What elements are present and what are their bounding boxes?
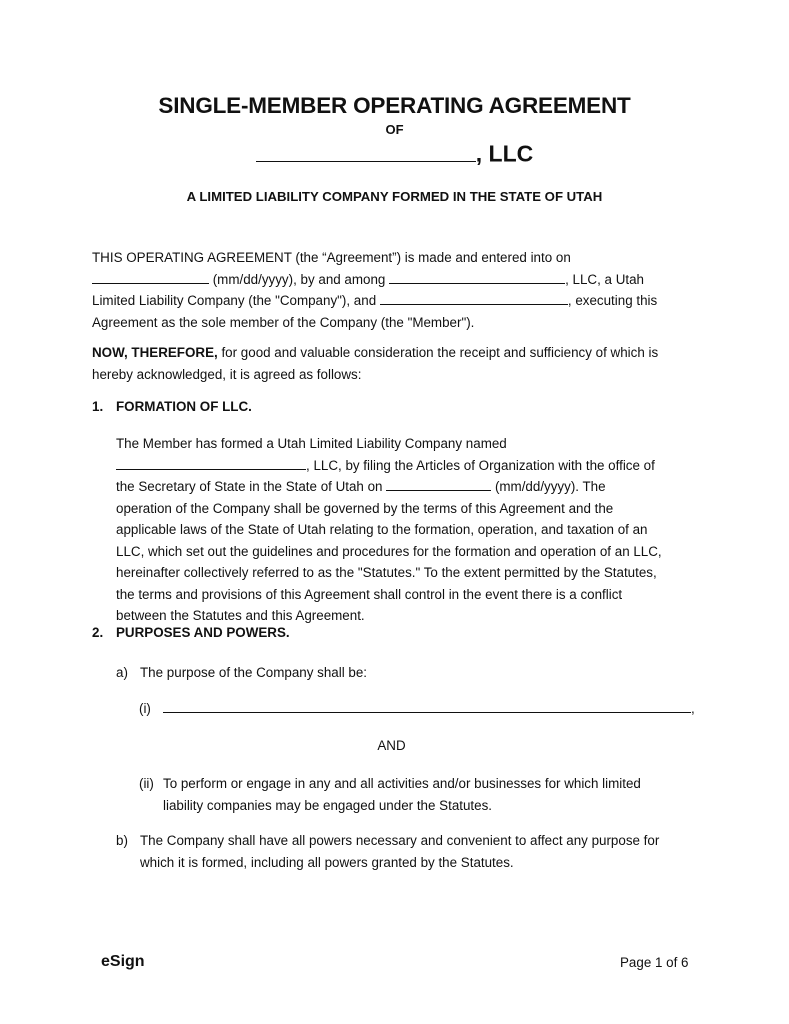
body-text: (mm/dd/yyyy). The [491,479,605,494]
section-1-body: The Member has formed a Utah Limited Lia… [116,433,662,627]
title-of: OF [0,122,789,137]
section-1-heading: 1.FORMATION OF LLC. [92,399,252,414]
body-line: the Secretary of State in the State of U… [116,476,662,498]
now-therefore-bold: NOW, THEREFORE, [92,345,218,360]
page-number: Page 1 of 6 [620,955,689,970]
document-subtitle: A LIMITED LIABILITY COMPANY FORMED IN TH… [0,189,789,204]
clause-label: (i) [139,701,163,716]
body-line: between the Statutes and this Agreement. [116,605,662,627]
body-text: , LLC, by filing the Articles of Organiz… [306,458,655,473]
section-title: PURPOSES AND POWERS. [116,625,290,640]
body-text: the Secretary of State in the State of U… [116,479,386,494]
company-name-line: , LLC [0,140,789,168]
body-line: LLC, which set out the guidelines and pr… [116,541,662,563]
esign-logo: eSign [101,953,145,971]
intro-line-2: (mm/dd/yyyy), by and among , LLC, a Utah [92,269,657,291]
clause-line: b)The Company shall have all powers nece… [116,830,659,852]
body-line: The Member has formed a Utah Limited Lia… [116,433,662,455]
member-name-blank[interactable] [380,292,568,305]
clause-text: To perform or engage in any and all acti… [163,776,641,791]
llc-name-blank[interactable] [116,456,306,469]
now-therefore-text: for good and valuable consideration the … [218,345,658,360]
purpose-blank[interactable] [163,700,691,713]
clause-b: b)The Company shall have all powers nece… [116,830,659,873]
company-suffix: , LLC [476,141,534,167]
filing-date-blank[interactable] [386,478,491,491]
clause-a: a)The purpose of the Company shall be: [116,662,367,684]
agreement-date-blank[interactable] [92,270,209,283]
intro-line-4: Agreement as the sole member of the Comp… [92,312,657,334]
clause-label: (ii) [139,773,163,795]
body-line: operation of the Company shall be govern… [116,498,662,520]
intro-text: (mm/dd/yyyy), by and among [209,272,389,287]
clause-text: The purpose of the Company shall be: [140,665,367,680]
body-line: applicable laws of the State of Utah rel… [116,519,662,541]
document-title: SINGLE-MEMBER OPERATING AGREEMENT [0,93,789,119]
clause-suffix: , [691,701,695,716]
intro-line-1: THIS OPERATING AGREEMENT (the “Agreement… [92,247,657,269]
intro-text: , executing this [568,293,657,308]
intro-line-3: Limited Liability Company (the "Company"… [92,290,657,312]
clause-text: The Company shall have all powers necess… [140,833,659,848]
company-blank[interactable] [389,270,565,283]
intro-text: Limited Liability Company (the "Company"… [92,293,380,308]
now-therefore-line-2: hereby acknowledged, it is agreed as fol… [92,364,658,386]
clause-label: a) [116,662,140,684]
section-number: 2. [92,625,116,640]
body-line: , LLC, by filing the Articles of Organiz… [116,455,662,477]
clause-line: liability companies may be engaged under… [139,795,641,817]
body-line: the terms and provisions of this Agreeme… [116,584,662,606]
body-line: hereinafter collectively referred to as … [116,562,662,584]
clause-line: which it is formed, including all powers… [116,852,659,874]
clause-line: (ii)To perform or engage in any and all … [139,773,641,795]
document-page: SINGLE-MEMBER OPERATING AGREEMENT OF , L… [0,0,789,1024]
clause-ii: (ii)To perform or engage in any and all … [139,773,641,816]
now-therefore-paragraph: NOW, THEREFORE, for good and valuable co… [92,342,658,385]
now-therefore-line-1: NOW, THEREFORE, for good and valuable co… [92,342,658,364]
and-separator: AND [0,738,786,753]
company-name-blank[interactable] [256,140,476,162]
section-2-heading: 2.PURPOSES AND POWERS. [92,625,290,640]
intro-paragraph: THIS OPERATING AGREEMENT (the “Agreement… [92,247,657,333]
clause-label: b) [116,830,140,852]
clause-i: (i), [139,700,695,716]
intro-text: , LLC, a Utah [565,272,644,287]
section-title: FORMATION OF LLC. [116,399,252,414]
section-number: 1. [92,399,116,414]
